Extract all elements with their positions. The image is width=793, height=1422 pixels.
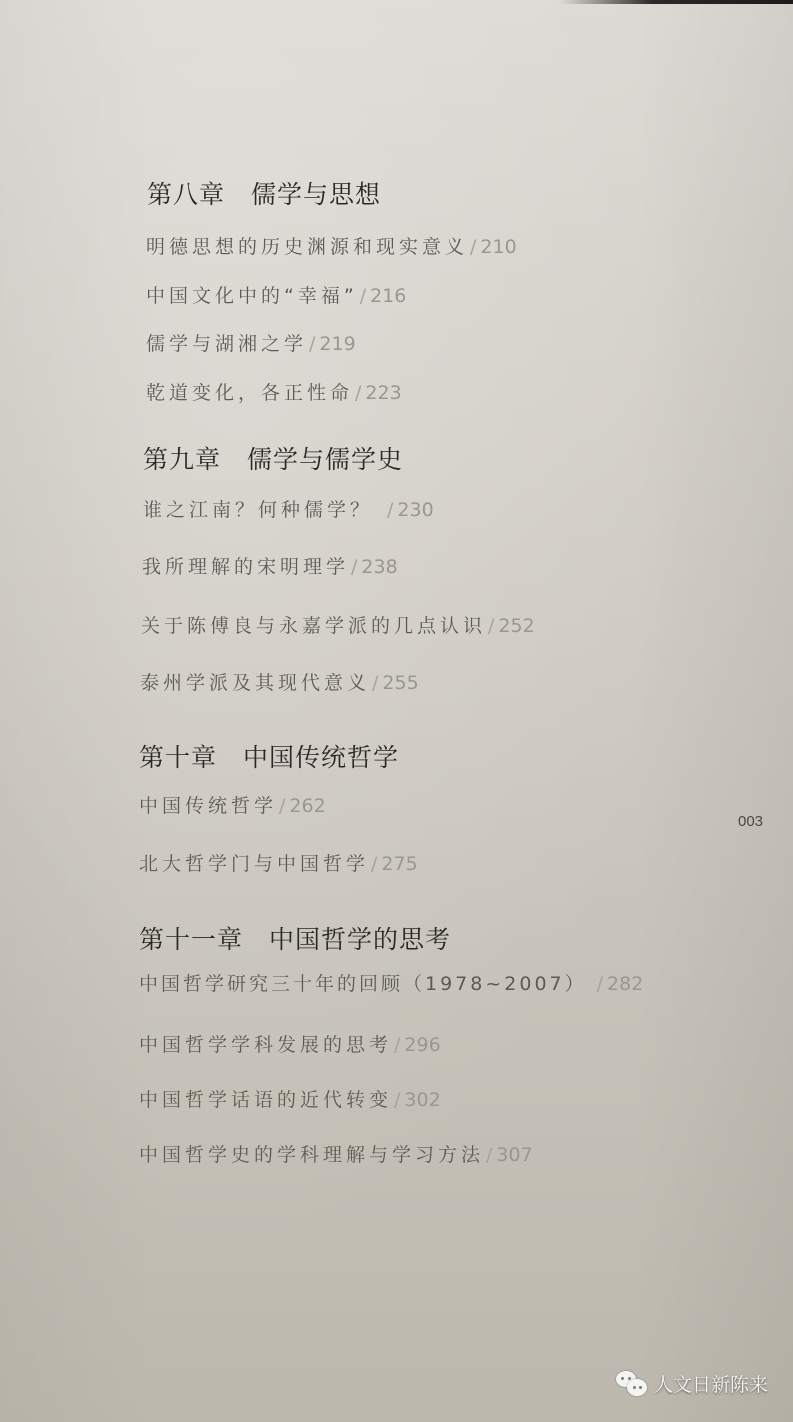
chapter-heading: 第八章儒学与思想	[147, 175, 381, 211]
entry-title: 中国哲学研究三十年的回顾（1978~2007）	[139, 973, 587, 995]
page-number: 219	[319, 333, 355, 355]
entry-title: 明德思想的历史渊源和现实意义	[146, 236, 468, 258]
page-number: 262	[289, 795, 325, 817]
chapter-number: 第十章	[139, 743, 217, 772]
entry-title: 乾道变化，各正性命	[146, 382, 353, 404]
page-separator: /	[470, 236, 476, 258]
page-number: 210	[480, 236, 516, 258]
entry-title: 中国传统哲学	[139, 795, 277, 817]
entry-title: 儒学与湖湘之学	[146, 333, 307, 355]
table-of-contents: 第八章儒学与思想 明德思想的历史渊源和现实意义/210 中国文化中的“幸福”/2…	[0, 0, 793, 1422]
page-separator: /	[309, 333, 315, 355]
wechat-icon	[616, 1371, 648, 1397]
toc-entry[interactable]: 中国传统哲学/262	[139, 791, 326, 818]
toc-entry[interactable]: 谁之江南？何种儒学？/230	[143, 495, 434, 522]
toc-entry[interactable]: 儒学与湖湘之学/219	[146, 329, 356, 356]
wechat-watermark: 人文日新陈来	[616, 1370, 768, 1397]
entry-title: 中国哲学史的学科理解与学习方法	[139, 1144, 484, 1166]
page-separator: /	[355, 382, 361, 404]
entry-title: 谁之江南？何种儒学？	[143, 499, 373, 521]
page-number: 216	[370, 285, 406, 307]
chapter-heading: 第九章儒学与儒学史	[143, 440, 403, 476]
page-separator: /	[372, 672, 378, 694]
page-separator: /	[360, 285, 366, 307]
chapter-heading: 第十一章中国哲学的思考	[139, 920, 451, 956]
chapter-title: 儒学与儒学史	[247, 445, 403, 474]
page-number: 296	[404, 1034, 440, 1056]
entry-title: 泰州学派及其现代意义	[140, 672, 370, 694]
toc-entry[interactable]: 明德思想的历史渊源和现实意义/210	[146, 232, 517, 259]
page-number: 307	[496, 1144, 532, 1166]
page-separator: /	[488, 615, 494, 637]
page-folio-number: 003	[738, 813, 763, 830]
page-number: 302	[404, 1089, 440, 1111]
toc-entry[interactable]: 关于陈傅良与永嘉学派的几点认识/252	[141, 611, 535, 638]
page-separator: /	[371, 853, 377, 875]
toc-entry[interactable]: 中国哲学话语的近代转变/302	[139, 1085, 441, 1112]
toc-entry[interactable]: 中国文化中的“幸福”/216	[146, 281, 406, 308]
entry-title: 中国哲学话语的近代转变	[139, 1089, 392, 1111]
page-separator: /	[394, 1089, 400, 1111]
chapter-title: 儒学与思想	[251, 180, 381, 209]
toc-entry[interactable]: 中国哲学史的学科理解与学习方法/307	[139, 1140, 533, 1167]
chapter-title: 中国哲学的思考	[269, 925, 451, 954]
toc-entry[interactable]: 我所理解的宋明理学/238	[142, 552, 398, 579]
page-number: 252	[498, 615, 534, 637]
page-separator: /	[597, 973, 603, 995]
watermark-text: 人文日新陈来	[654, 1370, 768, 1397]
chapter-number: 第十一章	[139, 925, 243, 954]
toc-entry[interactable]: 泰州学派及其现代意义/255	[140, 668, 419, 695]
entry-title: 关于陈傅良与永嘉学派的几点认识	[141, 615, 486, 637]
page-separator: /	[486, 1144, 492, 1166]
entry-title: 中国哲学学科发展的思考	[139, 1034, 392, 1056]
chapter-number: 第九章	[143, 445, 221, 474]
page-separator: /	[387, 499, 393, 521]
toc-entry[interactable]: 北大哲学门与中国哲学/275	[139, 849, 418, 876]
page-separator: /	[394, 1034, 400, 1056]
toc-entry[interactable]: 乾道变化，各正性命/223	[146, 378, 402, 405]
page-number: 238	[361, 556, 397, 578]
entry-title: 北大哲学门与中国哲学	[139, 853, 369, 875]
page-number: 230	[397, 499, 433, 521]
page-separator: /	[351, 556, 357, 578]
page-number: 223	[365, 382, 401, 404]
page-number: 282	[607, 973, 643, 995]
chapter-heading: 第十章中国传统哲学	[139, 738, 399, 774]
chapter-title: 中国传统哲学	[243, 743, 399, 772]
page-separator: /	[279, 795, 285, 817]
entry-title: 中国文化中的“幸福”	[146, 285, 358, 307]
page-number: 275	[381, 853, 417, 875]
entry-title: 我所理解的宋明理学	[142, 556, 349, 578]
page-number: 255	[382, 672, 418, 694]
chapter-number: 第八章	[147, 180, 225, 209]
toc-entry[interactable]: 中国哲学研究三十年的回顾（1978~2007）/282	[139, 969, 643, 996]
toc-entry[interactable]: 中国哲学学科发展的思考/296	[139, 1030, 441, 1057]
